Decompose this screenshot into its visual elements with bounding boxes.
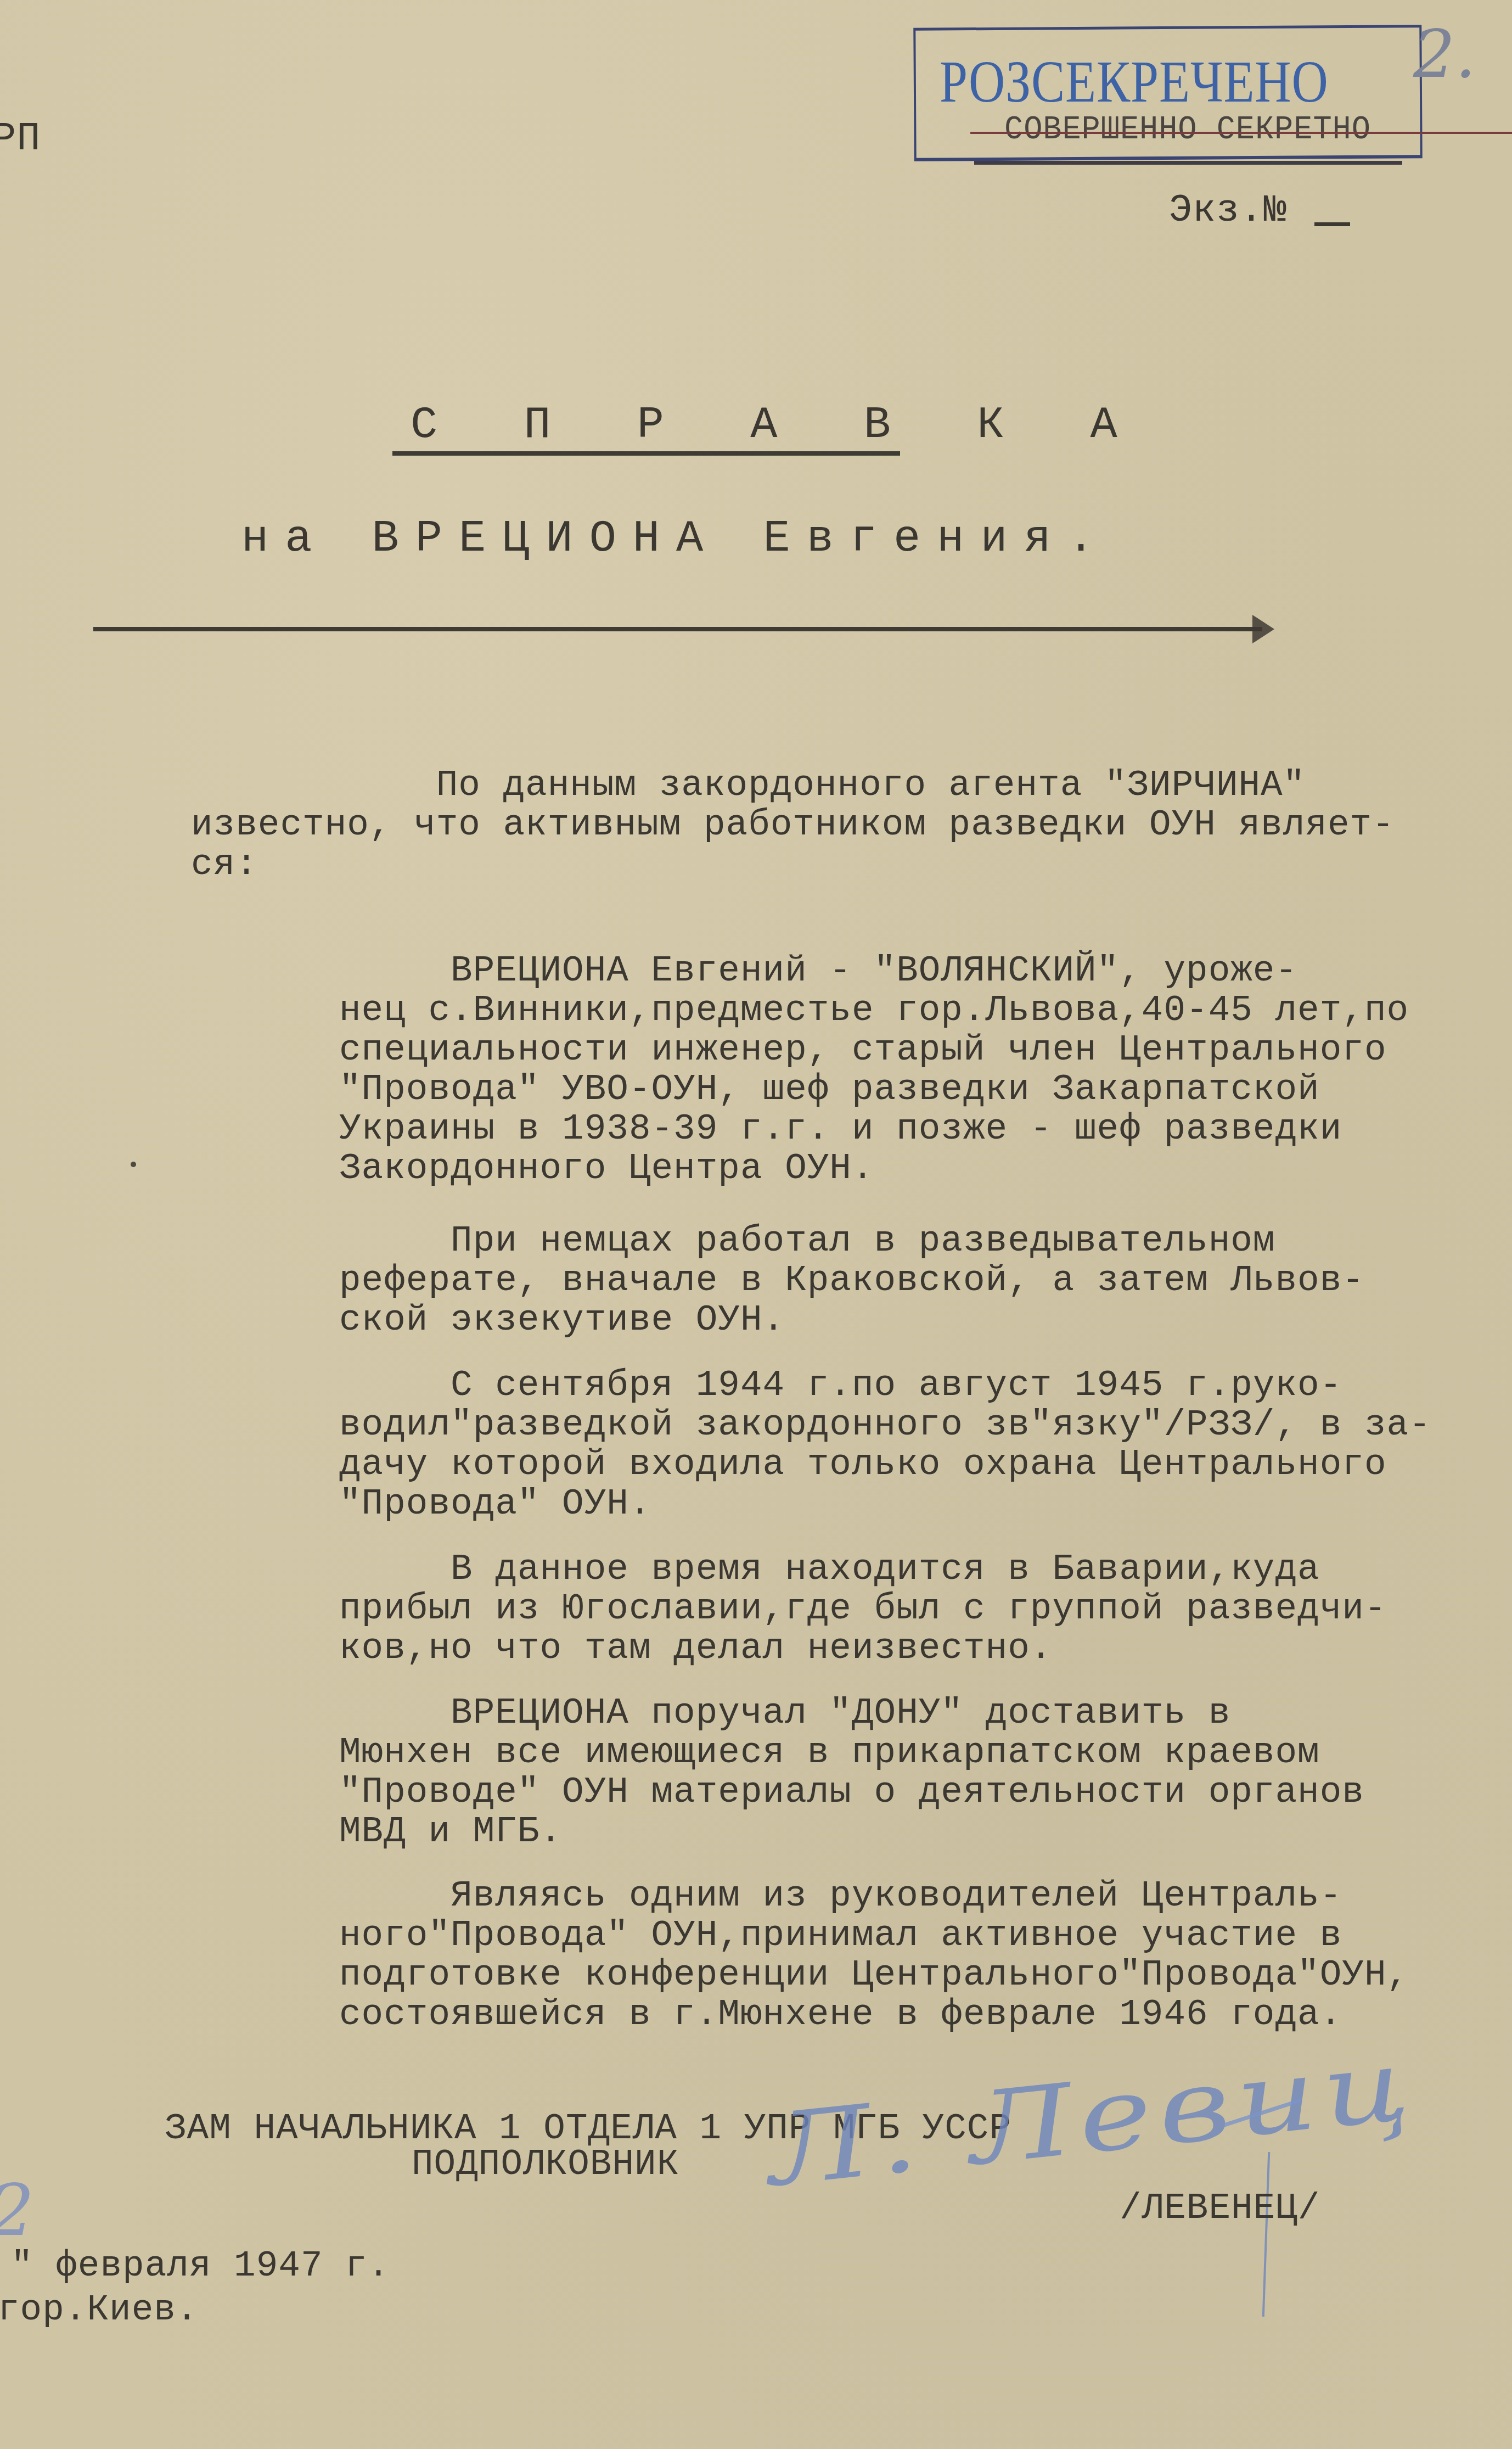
text-line: специальности инженер, старый член Центр… [339, 1030, 1409, 1070]
text-line: По данным закордонного агента "ЗИРЧИНА" [191, 766, 1395, 805]
handwritten-page-number: 2. [1413, 16, 1476, 93]
text-line: Мюнхен все имеющиеся в прикарпатском кра… [339, 1733, 1364, 1773]
separator-arrow-line [93, 627, 1262, 631]
text-line: В данное время находится в Баварии,куда [339, 1550, 1387, 1589]
handwritten-day: 2 [0, 2168, 35, 2252]
document-city: гор.Киев. [0, 2289, 198, 2330]
classification-underline [974, 161, 1402, 165]
signatory-rank: ПОДПОЛКОВНИК [412, 2144, 679, 2185]
text-line: подготовке конференции Центрального"Пров… [339, 1955, 1409, 1995]
text-line: С сентября 1944 г.по август 1945 г.руко- [339, 1366, 1431, 1405]
text-line: При немцах работал в разведывательном [339, 1221, 1364, 1261]
margin-code: РП [0, 116, 41, 161]
paragraph-munich-conference: Являясь одним из руководителей Централь-… [339, 1876, 1409, 2035]
document-title: С П Р А В К А [411, 400, 1147, 451]
declassified-stamp-label: РОЗСЕКРЕЧЕНО [940, 48, 1329, 116]
text-line: МВД и МГБ. [339, 1812, 1364, 1852]
paragraph-don-assignment: ВРЕЦИОНА поручал "ДОНУ" доставить в Мюнх… [339, 1694, 1364, 1852]
margin-dot [131, 1162, 136, 1167]
struck-classification-label: СОВЕРШЕННО СЕКРЕТНО [1004, 110, 1371, 149]
text-line: ВРЕЦИОНА поручал "ДОНУ" доставить в [339, 1694, 1364, 1733]
text-line: ской экзекутиве ОУН. [339, 1301, 1364, 1340]
text-line: "Проводе" ОУН материалы о деятельности о… [339, 1773, 1364, 1812]
text-line: "Провода" УВО-ОУН, шеф разведки Закарпат… [339, 1070, 1409, 1109]
text-line: прибыл из Югославии,где был с группой ра… [339, 1589, 1387, 1629]
text-line: Являясь одним из руководителей Централь- [339, 1876, 1409, 1916]
text-line: ков,но что там делал неизвестно. [339, 1629, 1387, 1668]
document-date: " февраля 1947 г. [11, 2245, 390, 2287]
arrow-head-icon [1252, 615, 1274, 643]
text-line: ВРЕЦИОНА Евгений - "ВОЛЯНСКИЙ", уроже- [339, 951, 1409, 991]
text-line: реферате, вначале в Краковской, а затем … [339, 1261, 1364, 1301]
handwritten-signature: Л. Левиц [762, 2027, 1421, 2209]
intro-paragraph: По данным закордонного агента "ЗИРЧИНА" … [191, 766, 1395, 884]
copy-number-label: Экз.№ [1169, 189, 1287, 233]
text-line: водил"разведкой закордонного зв"язку"/РЗ… [339, 1405, 1431, 1445]
text-line: Украины в 1938-39 г.г. и позже - шеф раз… [339, 1109, 1409, 1149]
text-line: "Провода" ОУН. [339, 1484, 1431, 1524]
document-subject: на ВРЕЦИОНА Евгения. [241, 513, 1111, 564]
text-line: нец с.Винники,предместье гор.Львова,40-4… [339, 991, 1409, 1030]
copy-number-blank [1314, 222, 1350, 226]
signatory-name: /ЛЕВЕНЕЦ/ [1120, 2188, 1320, 2229]
text-line: дачу которой входила только охрана Центр… [339, 1445, 1431, 1484]
paragraph-german-period: При немцах работал в разведывательном ре… [339, 1221, 1364, 1340]
paragraph-rzz-leadership: С сентября 1944 г.по август 1945 г.руко-… [339, 1366, 1431, 1524]
text-line: состоявшейся в г.Мюнхене в феврале 1946 … [339, 1995, 1409, 2035]
text-line: ного"Провода" ОУН,принимал активное учас… [339, 1916, 1409, 1955]
text-line: известно, что активным работником развед… [191, 805, 1395, 845]
text-line: ся: [191, 845, 1395, 884]
text-line: Закордонного Центра ОУН. [339, 1149, 1409, 1189]
title-underline [392, 451, 900, 456]
strikethrough-line [970, 132, 1512, 134]
paragraph-current-location: В данное время находится в Баварии,куда … [339, 1550, 1387, 1668]
signature-stroke [1262, 2152, 1270, 2317]
paragraph-biography: ВРЕЦИОНА Евгений - "ВОЛЯНСКИЙ", уроже- н… [339, 951, 1409, 1189]
